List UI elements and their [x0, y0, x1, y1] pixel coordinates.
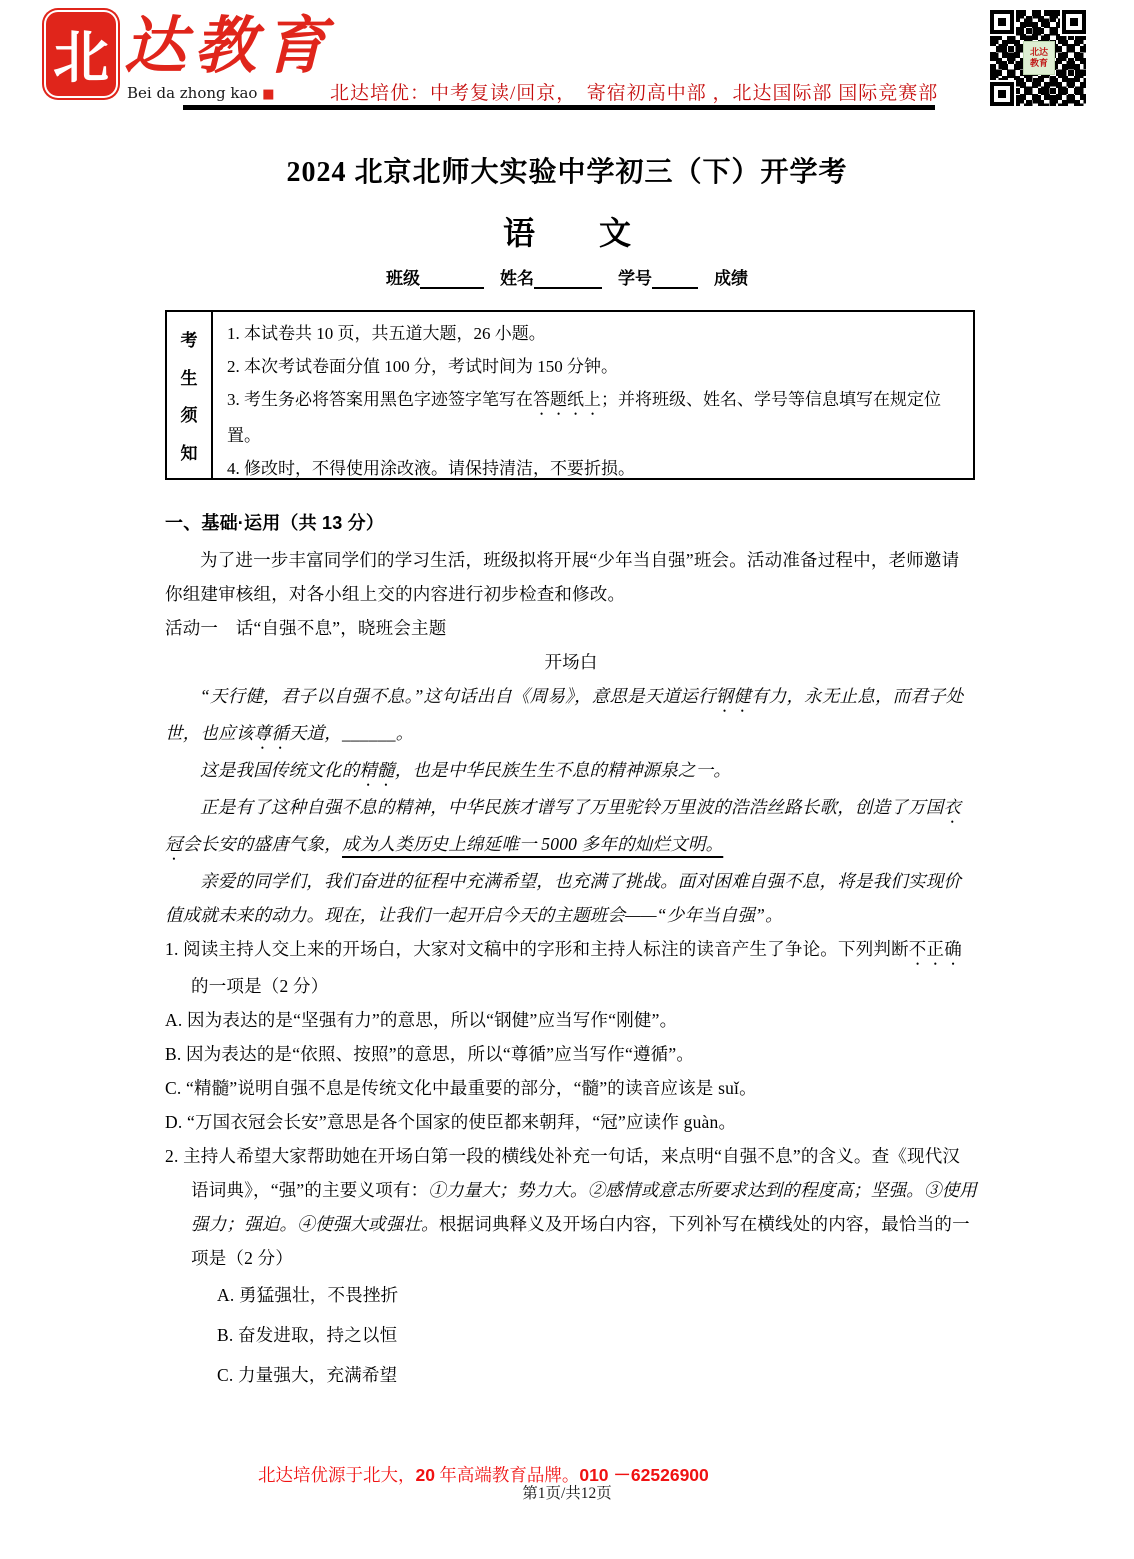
name-blank-line [534, 269, 602, 289]
notice-items: 1. 本试卷共 10 页，共五道大题，26 小题。 2. 本次考试卷面分值 10… [213, 312, 973, 478]
class-blank-line [420, 269, 484, 289]
qr-center-label: 北达 教育 [1023, 41, 1055, 75]
red-square-icon: ■ [262, 87, 274, 102]
question-2-options: A. 勇猛强壮，不畏挫折 B. 奋发进取，持之以恒 C. 力量强大，充满希望 [165, 1275, 977, 1395]
question-1-stem: 1. 阅读主持人交上来的开场白，大家对文稿中的字形和主持人标注的读音产生了争论。… [165, 932, 977, 1003]
emphasized-text: 不正确 [909, 939, 962, 959]
question-1-option-d: D. “万国衣冠会长安”意思是各个国家的使臣都来朝拜，“冠”应读作 guàn。 [165, 1105, 977, 1139]
fill-in-blank: ______ [342, 723, 396, 743]
notice-side-label: 考 生 须 知 [167, 312, 213, 478]
brand-subtitle: Bei da zhong kao ■ [127, 84, 275, 102]
section-intro: 为了进一步丰富同学们的学习生活，班级拟将开展“少年当自强”班会。活动准备过程中，… [165, 543, 977, 611]
question-1-option-b: B. 因为表达的是“依照、按照”的意思，所以“尊循”应当写作“遵循”。 [165, 1037, 977, 1071]
speech-paragraph-2: 这是我国传统文化的精髓，也是中华民族生生不息的精神源泉之一。 [165, 753, 977, 790]
notice-item: 2. 本次考试卷面分值 100 分，考试时间为 150 分钟。 [227, 350, 959, 383]
qr-finder-icon [990, 10, 1014, 34]
question-2-option-a: A. 勇猛强壮，不畏挫折 [217, 1275, 977, 1315]
student-info-row: 班级 姓名 学号 成绩 [0, 264, 1134, 289]
exam-paper-page: 北 达教育 Bei da zhong kao ■ 北达培优：中考复读/回京， 寄… [0, 0, 1134, 1559]
main-content: 一、基础·运用（共 13 分） 为了进一步丰富同学们的学习生活，班级拟将开展“少… [165, 506, 977, 1395]
speech-paragraph-3: 正是有了这种自强不息的精神，中华民族才谱写了万里驼铃万里波的浩浩丝路长歌，创造了… [165, 790, 977, 864]
activity1-title: 活动一 话“自强不息”，晓班会主题 [165, 611, 977, 645]
emphasized-text: 答题纸上 [533, 390, 601, 409]
emphasized-text: 尊循 [254, 723, 289, 743]
speech-paragraph-1: “天行健，君子以自强不息。”这句话出自《周易》，意思是天道运行钢健有力，永无止息… [165, 679, 977, 753]
qr-finder-icon [990, 82, 1014, 106]
page-number: 第1页/共12页 [0, 1481, 1134, 1503]
header-divider [183, 105, 935, 110]
emphasized-text: 钢健 [716, 686, 751, 706]
examinee-notice-box: 考 生 须 知 1. 本试卷共 10 页，共五道大题，26 小题。 2. 本次考… [165, 310, 975, 480]
header-slogan: 北达培优：中考复读/回京， 寄宿初高中部 ，北达国际部 国际竞赛部 [330, 78, 938, 105]
emphasized-text: 精髓 [359, 760, 394, 780]
underlined-text: 成为人类历史上绵延唯一 5000 多年的灿烂文明。 [342, 834, 723, 854]
brand-name: 达教育 [124, 6, 334, 86]
qr-code: 北达 教育 [990, 10, 1086, 106]
question-2-option-c: C. 力量强大，充满希望 [217, 1355, 977, 1395]
name-label: 姓名 [500, 264, 534, 289]
section-heading: 一、基础·运用（共 13 分） [165, 506, 977, 540]
speech-paragraph-4: 亲爱的同学们，我们奋进的征程中充满希望，也充满了挑战。面对困难自强不息，将是我们… [165, 864, 977, 932]
student-id-blank-line [652, 269, 698, 289]
subject-title: 语 文 [0, 208, 1134, 254]
question-1-option-c: C. “精髓”说明自强不息是传统文化中最重要的部分，“髓”的读音应该是 suǐ。 [165, 1071, 977, 1105]
speech-title: 开场白 [165, 645, 977, 679]
exam-title: 2024 北京北师大实验中学初三（下）开学考 [0, 150, 1134, 190]
question-2-option-b: B. 奋发进取，持之以恒 [217, 1315, 977, 1355]
brand-seal-logo-icon: 北 [46, 12, 116, 96]
notice-item: 4. 修改时，不得使用涂改液。请保持清洁，不要折损。 [227, 452, 959, 485]
student-id-label: 学号 [618, 264, 652, 289]
qr-finder-icon [1062, 10, 1086, 34]
notice-item: 3. 考生务必将答案用黑色字迹签字笔写在答题纸上；并将班级、姓名、学号等信息填写… [227, 383, 959, 452]
seal-character: 北 [53, 14, 109, 94]
question-2-stem: 2. 主持人希望大家帮助她在开场白第一段的横线处补充一句话，来点明“自强不息”的… [165, 1139, 977, 1275]
notice-item: 1. 本试卷共 10 页，共五道大题，26 小题。 [227, 317, 959, 350]
question-1-option-a: A. 因为表达的是“坚强有力”的意思，所以“钢健”应当写作“刚健”。 [165, 1003, 977, 1037]
class-label: 班级 [386, 264, 420, 289]
score-label: 成绩 [714, 264, 748, 289]
